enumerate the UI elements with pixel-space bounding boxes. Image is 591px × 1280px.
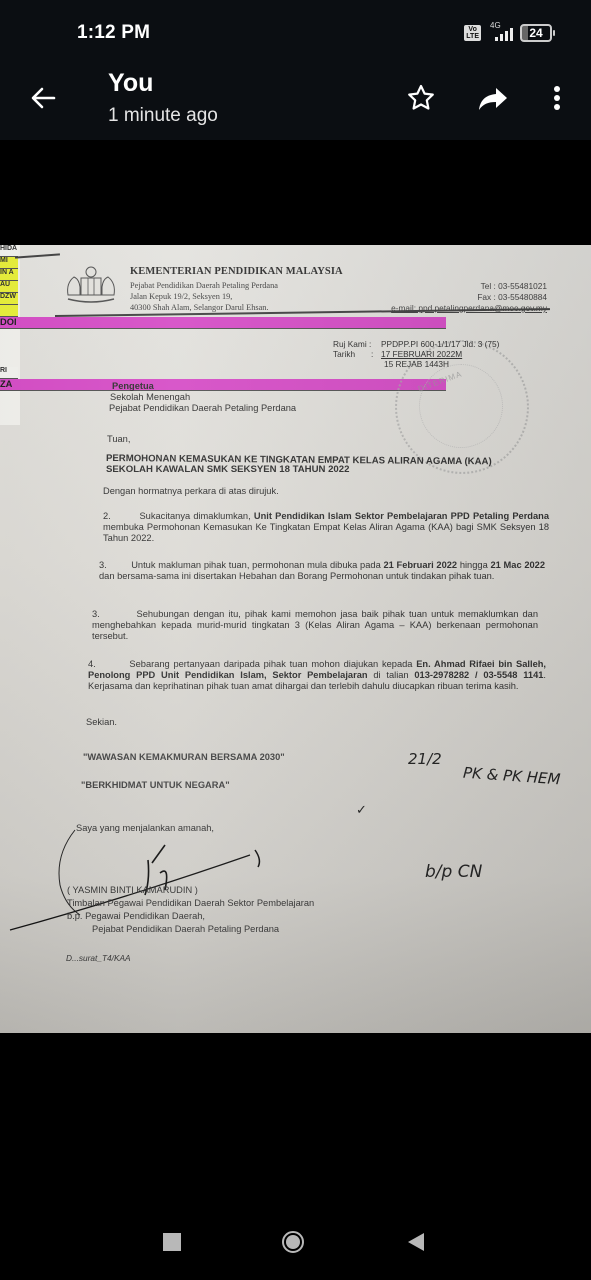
recents-button[interactable] — [163, 1233, 181, 1251]
status-time: 1:12 PM — [77, 22, 150, 44]
volte-icon: VoLTE — [464, 25, 481, 41]
binder-tab: IN A — [0, 269, 18, 281]
star-outline-icon — [405, 82, 437, 114]
back-nav-button[interactable] — [408, 1233, 424, 1251]
more-options-button[interactable] — [545, 82, 577, 114]
telephone: Tel : 03-55481021 — [481, 281, 547, 291]
salutation: Tuan, — [107, 434, 130, 444]
divider — [15, 253, 60, 258]
paragraph-3: 3. Untuk makluman pihak tuan, permohonan… — [99, 560, 545, 582]
timestamp: 1 minute ago — [108, 105, 218, 127]
more-vertical-icon — [545, 82, 569, 114]
arrow-left-icon — [28, 83, 58, 113]
hijri-date: 15 REJAB 1443H — [384, 359, 449, 369]
binder-tab: DZW — [0, 293, 18, 305]
closing: Sekian. — [86, 717, 117, 727]
signatory-title-3: Pejabat Pendidikan Daerah Petaling Perda… — [92, 924, 279, 934]
ministry-name: KEMENTERIAN PENDIDIKAN MALAYSIA — [130, 266, 343, 277]
opening-line: Dengan hormatnya perkara di atas dirujuk… — [103, 486, 279, 496]
date-label: Tarikh — [333, 349, 355, 359]
ref-value: PPDPP.PI 600-1/1/17 Jld. 3 (75) — [381, 339, 499, 349]
file-reference: D...surat_T4/KAA — [66, 953, 131, 963]
binder-tab: RI — [0, 367, 18, 379]
recipient-title: Pengetua — [112, 381, 154, 391]
ref-label: Ruj Kami : — [333, 339, 371, 349]
subject-line-2: SEKOLAH KAWALAN SMK SEKSYEN 18 TAHUN 202… — [106, 464, 349, 475]
paragraph-3b: 3. Sehubungan dengan itu, pihak kami mem… — [92, 609, 538, 642]
status-icons: VoLTE 4G 24 — [464, 24, 555, 42]
network-type: 4G — [490, 21, 501, 30]
share-forward-icon — [476, 82, 510, 114]
motto-2: "BERKHIDMAT UNTUK NEGARA" — [81, 780, 230, 790]
address-line-1: Jalan Kepuk 19/2, Seksyen 19, — [130, 292, 232, 301]
motto-1: "WAWASAN KEMAKMURAN BERSAMA 2030" — [83, 752, 285, 762]
binder-tab: AU — [0, 281, 18, 293]
handwritten-date: 21/2 — [408, 750, 442, 768]
signatory-name: ( YASMIN BINTI KAMARUDIN ) — [67, 885, 198, 895]
binder-tab: DOI — [0, 317, 446, 329]
back-button[interactable] — [28, 83, 58, 113]
battery-level: 24 — [520, 24, 552, 42]
home-button[interactable] — [282, 1231, 304, 1253]
signal-icon: 4G — [488, 25, 513, 41]
handwritten-routing-note: PK & PK HEM — [462, 764, 560, 789]
date-value: 17 FEBRUARI 2022M — [381, 349, 462, 359]
paragraph-4: 4. Sebarang pertanyaan daripada pihak tu… — [88, 659, 546, 692]
paragraph-2: 2. Sukacitanya dimaklumkan, Unit Pendidi… — [103, 511, 549, 544]
handwritten-bp-note: b/p CN — [425, 862, 482, 882]
app-bar: You 1 minute ago — [0, 65, 591, 140]
battery-icon: 24 — [520, 24, 555, 42]
binder-tab — [0, 305, 18, 317]
binder-tab: HIDA — [0, 245, 18, 257]
signatory-title-1: Timbalan Pegawai Pendidikan Daerah Sekto… — [67, 898, 314, 908]
binder-tab: MI — [0, 257, 18, 269]
status-bar: 1:12 PM VoLTE 4G 24 — [0, 0, 591, 65]
fax: Fax : 03-55480884 — [477, 292, 547, 302]
home-circle-icon — [286, 1235, 300, 1249]
recipient-line-2: Sekolah Menengah — [110, 392, 190, 402]
star-button[interactable] — [405, 82, 437, 114]
address-line-2: 40300 Shah Alam, Selangor Darul Ehsan. — [130, 303, 269, 312]
share-button[interactable] — [476, 82, 508, 114]
office-name: Pejabat Pendidikan Daerah Petaling Perda… — [130, 281, 278, 290]
signatory-title-2: b.p. Pegawai Pendidikan Daerah, — [67, 911, 205, 921]
handwritten-check: ✓ — [356, 803, 367, 818]
binder-tabs: HIDA MI IN A AU DZW DOI RI ZA — [0, 245, 20, 425]
document-photo[interactable]: HIDA MI IN A AU DZW DOI RI ZA KEMENTERIA… — [0, 245, 591, 1033]
navigation-bar — [0, 1200, 591, 1280]
malaysia-crest-icon — [60, 265, 122, 305]
recipient-line-3: Pejabat Pendidikan Daerah Petaling Perda… — [109, 403, 296, 413]
binder-tab: ZA — [0, 379, 446, 391]
sender-title: You — [108, 69, 153, 98]
